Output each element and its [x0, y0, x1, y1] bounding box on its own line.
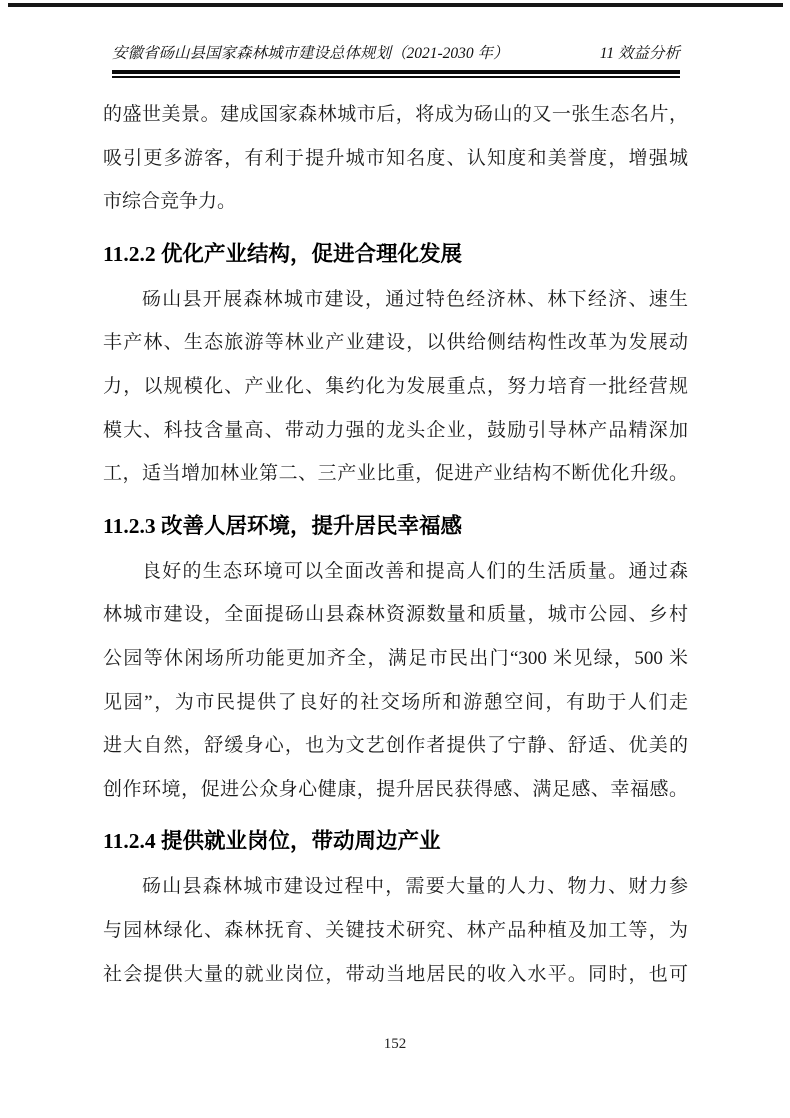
body-line: 模大、科技含量高、带动力强的龙头企业，鼓励引导林产品精深加	[103, 409, 688, 453]
body-line: 林城市建设，全面提砀山县森林资源数量和质量，城市公园、乡村	[103, 593, 688, 637]
body-paragraph: 良好的生态环境可以全面改善和提高人们的生活质量。通过森林城市建设，全面提砀山县森…	[103, 550, 688, 812]
page-number: 152	[384, 1036, 407, 1052]
section-heading: 11.2.4 提供就业岗位，带动周边产业	[103, 826, 688, 856]
body-line: 社会提供大量的就业岗位，带动当地居民的收入水平。同时，也可	[103, 953, 688, 997]
body-line: 砀山县森林城市建设过程中，需要大量的人力、物力、财力参	[103, 865, 688, 909]
body-line: 市综合竞争力。	[103, 180, 688, 224]
body-paragraph: 砀山县森林城市建设过程中，需要大量的人力、物力、财力参与园林绿化、森林抚育、关键…	[103, 865, 688, 996]
body-line: 砀山县开展森林城市建设，通过特色经济林、林下经济、速生	[103, 278, 688, 322]
body-line: 公园等休闲场所功能更加齐全，满足市民出门“300 米见绿，500 米	[103, 637, 688, 681]
document-page: 安徽省砀山县国家森林城市建设总体规划（2021-2030 年） 11 效益分析 …	[0, 0, 790, 1118]
header-rule	[112, 70, 680, 78]
body-line: 进大自然，舒缓身心，也为文艺创作者提供了宁静、舒适、优美的	[103, 724, 688, 768]
page-header: 安徽省砀山县国家森林城市建设总体规划（2021-2030 年） 11 效益分析	[112, 44, 680, 64]
header-right-chapter: 11 效益分析	[600, 44, 680, 64]
body-line: 丰产林、生态旅游等林业产业建设，以供给侧结构性改革为发展动	[103, 321, 688, 365]
document-body: 的盛世美景。建成国家森林城市后，将成为砀山的又一张生态名片，吸引更多游客，有利于…	[103, 93, 688, 996]
body-line: 创作环境，促进公众身心健康，提升居民获得感、满足感、幸福感。	[103, 768, 688, 812]
body-line: 的盛世美景。建成国家森林城市后，将成为砀山的又一张生态名片，	[103, 93, 688, 137]
page-footer: 152	[0, 1036, 790, 1053]
header-left-title: 安徽省砀山县国家森林城市建设总体规划（2021-2030 年）	[112, 44, 509, 64]
page-top-border	[8, 3, 783, 7]
body-paragraph: 的盛世美景。建成国家森林城市后，将成为砀山的又一张生态名片，吸引更多游客，有利于…	[103, 93, 688, 224]
body-paragraph: 砀山县开展森林城市建设，通过特色经济林、林下经济、速生丰产林、生态旅游等林业产业…	[103, 278, 688, 496]
body-line: 工，适当增加林业第二、三产业比重，促进产业结构不断优化升级。	[103, 452, 688, 496]
body-line: 良好的生态环境可以全面改善和提高人们的生活质量。通过森	[103, 550, 688, 594]
body-line: 与园林绿化、森林抚育、关键技术研究、林产品种植及加工等，为	[103, 909, 688, 953]
section-heading: 11.2.3 改善人居环境，提升居民幸福感	[103, 511, 688, 541]
body-line: 见园”，为市民提供了良好的社交场所和游憩空间，有助于人们走	[103, 681, 688, 725]
body-line: 力，以规模化、产业化、集约化为发展重点，努力培育一批经营规	[103, 365, 688, 409]
section-heading: 11.2.2 优化产业结构，促进合理化发展	[103, 239, 688, 269]
body-line: 吸引更多游客，有利于提升城市知名度、认知度和美誉度，增强城	[103, 137, 688, 181]
